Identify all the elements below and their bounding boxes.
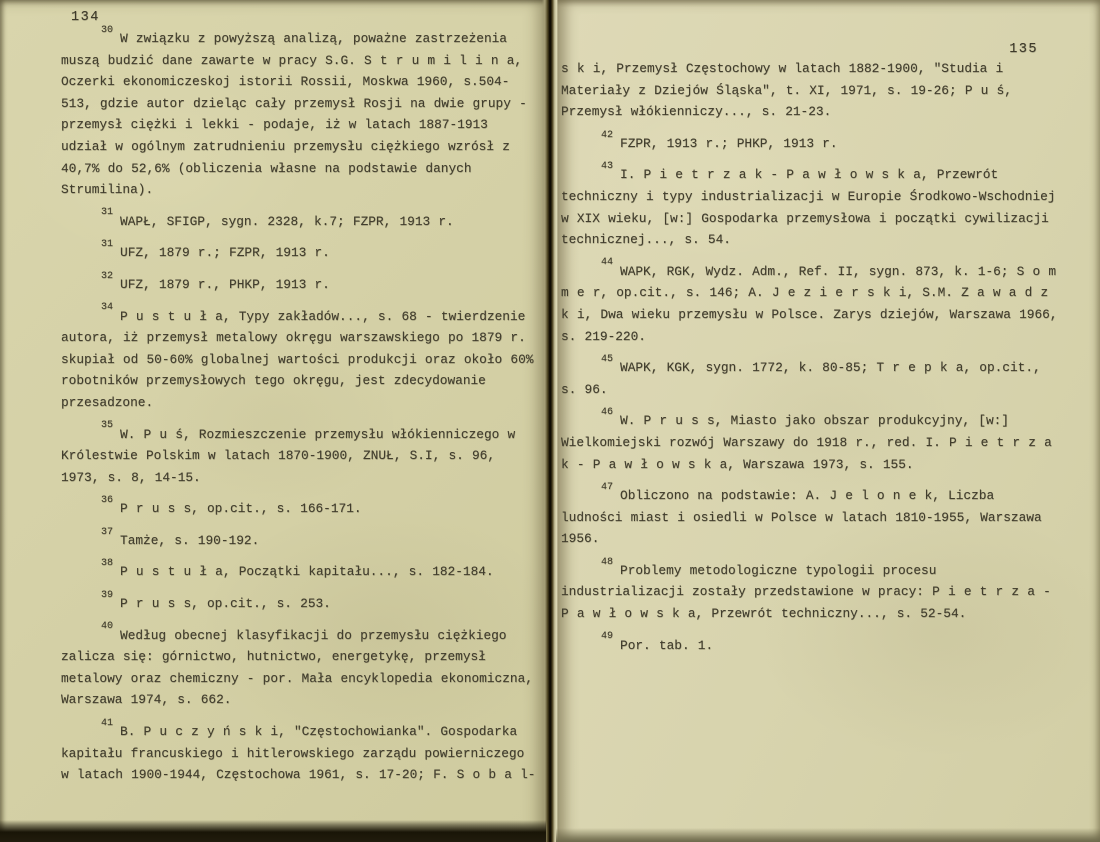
footnote-44: 44WAPK, RGK, Wydz. Adm., Ref. II, sygn. … bbox=[561, 261, 1061, 347]
footnote-text: Problemy metodologiczne typologii proces… bbox=[561, 563, 1051, 621]
footnote-number: 47 bbox=[601, 482, 613, 493]
footnote-number: 41 bbox=[101, 718, 113, 729]
footnote-number: 46 bbox=[601, 407, 613, 418]
footnote-number: 31 bbox=[101, 239, 113, 250]
footnote-number: 35 bbox=[101, 420, 113, 431]
footnote-49: 49Por. tab. 1. bbox=[561, 635, 1061, 657]
page-number-right: 135 bbox=[1009, 42, 1038, 57]
footnote-text: UFZ, 1879 r.; FZPR, 1913 r. bbox=[120, 245, 330, 260]
footnote-31a: 31WAPŁ, SFIGP, sygn. 2328, k.7; FZPR, 19… bbox=[61, 211, 537, 233]
footnote-text: FZPR, 1913 r.; PHKP, 1913 r. bbox=[620, 136, 838, 151]
footnote-number: 36 bbox=[101, 495, 113, 506]
footnote-number: 45 bbox=[601, 354, 613, 365]
footnote-text: B. P u c z y ń s k i, "Częstochowianka".… bbox=[61, 724, 535, 782]
right-footnotes-block: s k i, Przemysł Częstochowy w latach 188… bbox=[561, 58, 1061, 666]
footnote-46: 46W. P r u s s, Miasto jako obszar produ… bbox=[561, 410, 1061, 475]
footnote-37: 37Tamże, s. 190-192. bbox=[61, 530, 537, 552]
footnote-45: 45WAPK, KGK, sygn. 1772, k. 80-85; T r e… bbox=[561, 357, 1061, 400]
footnote-number: 31 bbox=[101, 207, 113, 218]
footnote-number: 37 bbox=[101, 527, 113, 538]
footnote-text: WAPK, RGK, Wydz. Adm., Ref. II, sygn. 87… bbox=[561, 264, 1057, 344]
footnote-text: P r u s s, op.cit., s. 253. bbox=[120, 596, 331, 611]
footnote-48: 48Problemy metodologiczne typologii proc… bbox=[561, 560, 1061, 625]
footnote-number: 30 bbox=[101, 25, 113, 36]
footnote-text: Por. tab. 1. bbox=[620, 638, 713, 653]
footnote-text: Obliczono na podstawie: A. J e l o n e k… bbox=[561, 488, 1042, 546]
left-page: 134 30W związku z powyższą analizą, powa… bbox=[0, 0, 546, 842]
footnote-text: W związku z powyższą analizą, poważne za… bbox=[61, 31, 527, 197]
book-spine-gutter bbox=[542, 0, 558, 842]
footnote-number: 43 bbox=[601, 161, 613, 172]
footnote-number: 42 bbox=[601, 130, 613, 141]
right-page: 135 s k i, Przemysł Częstochowy w latach… bbox=[556, 0, 1100, 842]
footnote-text: I. P i e t r z a k - P a w ł o w s k a, … bbox=[561, 167, 1055, 247]
footnote-34: 34P u s t u ł a, Typy zakładów..., s. 68… bbox=[61, 306, 537, 414]
footnote-30: 30W związku z powyższą analizą, poważne … bbox=[61, 28, 537, 201]
scan-shadow-bottom-left bbox=[0, 820, 546, 842]
footnote-text: W. P u ś, Rozmieszczenie przemysłu włóki… bbox=[61, 427, 515, 485]
page-number-left: 134 bbox=[71, 10, 100, 25]
footnote-text: P u s t u ł a, Początki kapitału..., s. … bbox=[120, 564, 494, 579]
scan-shadow-bottom-right bbox=[556, 828, 1100, 842]
footnote-text: Według obecnej klasyfikacji do przemysłu… bbox=[61, 628, 533, 708]
footnote-41: 41B. P u c z y ń s k i, "Częstochowianka… bbox=[61, 721, 537, 786]
footnote-text: s k i, Przemysł Częstochowy w latach 188… bbox=[561, 61, 1012, 119]
footnote-number: 40 bbox=[101, 621, 113, 632]
footnote-text: P r u s s, op.cit., s. 166-171. bbox=[120, 501, 362, 516]
footnote-number: 48 bbox=[601, 557, 613, 568]
footnote-text: UFZ, 1879 r., PHKP, 1913 r. bbox=[120, 277, 330, 292]
footnote-number: 32 bbox=[101, 271, 113, 282]
book-scan: 134 30W związku z powyższą analizą, powa… bbox=[0, 0, 1100, 842]
footnote-35: 35W. P u ś, Rozmieszczenie przemysłu włó… bbox=[61, 424, 537, 489]
footnote-number: 44 bbox=[601, 257, 613, 268]
footnote-40: 40Według obecnej klasyfikacji do przemys… bbox=[61, 625, 537, 711]
footnote-number: 34 bbox=[101, 302, 113, 313]
left-footnotes-block: 30W związku z powyższą analizą, poważne … bbox=[61, 28, 537, 796]
footnote-39: 39P r u s s, op.cit., s. 253. bbox=[61, 593, 537, 615]
footnote-text: P u s t u ł a, Typy zakładów..., s. 68 -… bbox=[61, 309, 533, 410]
footnote-text: Tamże, s. 190-192. bbox=[120, 533, 259, 548]
footnote-number: 39 bbox=[101, 590, 113, 601]
footnote-32: 32UFZ, 1879 r., PHKP, 1913 r. bbox=[61, 274, 537, 296]
footnote-47: 47Obliczono na podstawie: A. J e l o n e… bbox=[561, 485, 1061, 550]
footnote-31b: 31UFZ, 1879 r.; FZPR, 1913 r. bbox=[61, 242, 537, 264]
footnote-41-continuation: s k i, Przemysł Częstochowy w latach 188… bbox=[561, 58, 1061, 123]
footnote-number: 38 bbox=[101, 558, 113, 569]
footnote-text: WAPK, KGK, sygn. 1772, k. 80-85; T r e p… bbox=[561, 360, 1041, 397]
footnote-38: 38P u s t u ł a, Początki kapitału..., s… bbox=[61, 561, 537, 583]
footnote-text: WAPŁ, SFIGP, sygn. 2328, k.7; FZPR, 1913… bbox=[120, 214, 454, 229]
footnote-42: 42FZPR, 1913 r.; PHKP, 1913 r. bbox=[561, 133, 1061, 155]
footnote-number: 49 bbox=[601, 631, 613, 642]
footnote-36: 36P r u s s, op.cit., s. 166-171. bbox=[61, 498, 537, 520]
footnote-43: 43I. P i e t r z a k - P a w ł o w s k a… bbox=[561, 164, 1061, 250]
footnote-text: W. P r u s s, Miasto jako obszar produkc… bbox=[561, 413, 1052, 471]
